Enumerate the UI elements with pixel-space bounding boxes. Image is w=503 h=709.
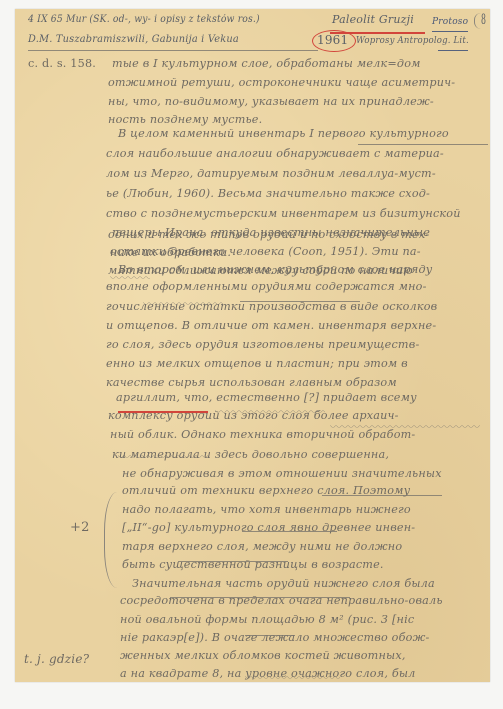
body-line: лом из Мерго, датируемым поздним леваллу…	[106, 167, 436, 180]
underline-culture-layer	[358, 144, 488, 145]
body-line: и отщепов. В отличие от камен. инвентаря…	[106, 319, 436, 332]
body-line: аргиллит, что, естественно [?] придает в…	[116, 391, 417, 404]
continuation-ref: c. d. s. 158.	[28, 57, 96, 70]
body-line: таря верхнего слоя, между ними не должно	[122, 540, 402, 553]
underline-cultural-layer-2	[240, 301, 360, 302]
extra-blue-underline	[432, 31, 468, 32]
body-line: надо полагать, что хотя инвентарь нижнег…	[122, 503, 411, 516]
body-line: енно из мелких отщепов и пластин; при эт…	[106, 357, 408, 370]
header-authors: D.M. Tuszabramiszwili, Gabunija i Vekua	[28, 34, 239, 45]
body-line: женных мелких обломков костей животных,	[120, 649, 406, 662]
wavy-underline-technique	[110, 276, 150, 280]
header-note-left: 4 IX 65 Mur (SK. od-, wy- i opisy z teks…	[28, 14, 260, 25]
body-line: В целом каменный инвентарь I первого кул…	[118, 127, 449, 140]
body-line: го слоя, здесь орудия изготовлены преиму…	[106, 338, 419, 351]
body-line: слоя наибольшие аналогии обнаруживает с …	[106, 147, 444, 160]
body-line: Значительная часть орудий нижнего слоя б…	[132, 577, 435, 590]
margin-note-plus-two: +2	[70, 520, 90, 535]
body-line: [„II“-go] культурного слоя явно древнее …	[122, 521, 415, 534]
page-number-bracket	[474, 13, 481, 29]
header-extra: Protoso	[432, 17, 468, 27]
body-line: ье (Любин, 1960). Весьма значительно так…	[106, 187, 430, 200]
body-line: не обнаруживая в этом отношении значител…	[122, 467, 442, 480]
wavy-underline-level	[245, 676, 340, 680]
body-line: ный облик. Однако техника вторичной обра…	[110, 428, 415, 441]
source-blue-underline	[438, 50, 468, 51]
underline-upper-layer	[322, 495, 442, 496]
margin-note-where: t. j. gdzie?	[24, 652, 89, 666]
margin-bracket	[104, 492, 117, 588]
body-line: ніе ракаэр[е]). В очаге лежало множество…	[120, 631, 429, 644]
underline-lower-layer-2	[242, 531, 337, 532]
wavy-underline-second	[143, 302, 223, 306]
year-red-circle	[312, 30, 356, 52]
body-line: качестве сырья использован главным образ…	[106, 376, 397, 389]
header-source: Woprosy Antropolog. Lit.	[356, 36, 469, 46]
header-title: Paleolit Gruzji	[332, 13, 414, 26]
body-line: ны, что, по-видимому, указывает на их пр…	[108, 95, 434, 108]
page-number: 8	[481, 12, 486, 28]
underline-upper-layer-2	[178, 561, 288, 562]
body-line: одних и тех же типов орудий и по сходств…	[108, 228, 429, 241]
body-line: вполне оформленными орудиями содержатся …	[106, 280, 427, 293]
argillite-red-underline	[118, 411, 208, 413]
wavy-underline-oblik	[118, 455, 208, 459]
wavy-underline-naturally	[215, 410, 325, 414]
body-line: отжимной ретуши, остроконечники чаще аси…	[108, 76, 455, 89]
body-line: быть существенной разницы в возрасте.	[122, 558, 384, 571]
body-line: тые в I культурном слое, обработаны мелк…	[112, 57, 421, 70]
body-line: ность позднему мустье.	[108, 113, 262, 126]
body-line: нике их обработки.	[110, 246, 231, 259]
body-line: ство с позднемустьерским инвентарем из б…	[106, 207, 461, 220]
body-line: сосредоточена в пределах очага неправиль…	[120, 594, 443, 607]
body-line: ной овальной формы площадью 8 м² (рис. 3…	[120, 613, 414, 626]
underline-concentrated	[170, 597, 350, 598]
underline-in-hearth	[245, 635, 295, 636]
body-line: Во втором, или нижнем, культурном слое н…	[118, 263, 432, 276]
wavy-underline-archaic	[330, 425, 480, 429]
authors-underline	[28, 50, 318, 51]
